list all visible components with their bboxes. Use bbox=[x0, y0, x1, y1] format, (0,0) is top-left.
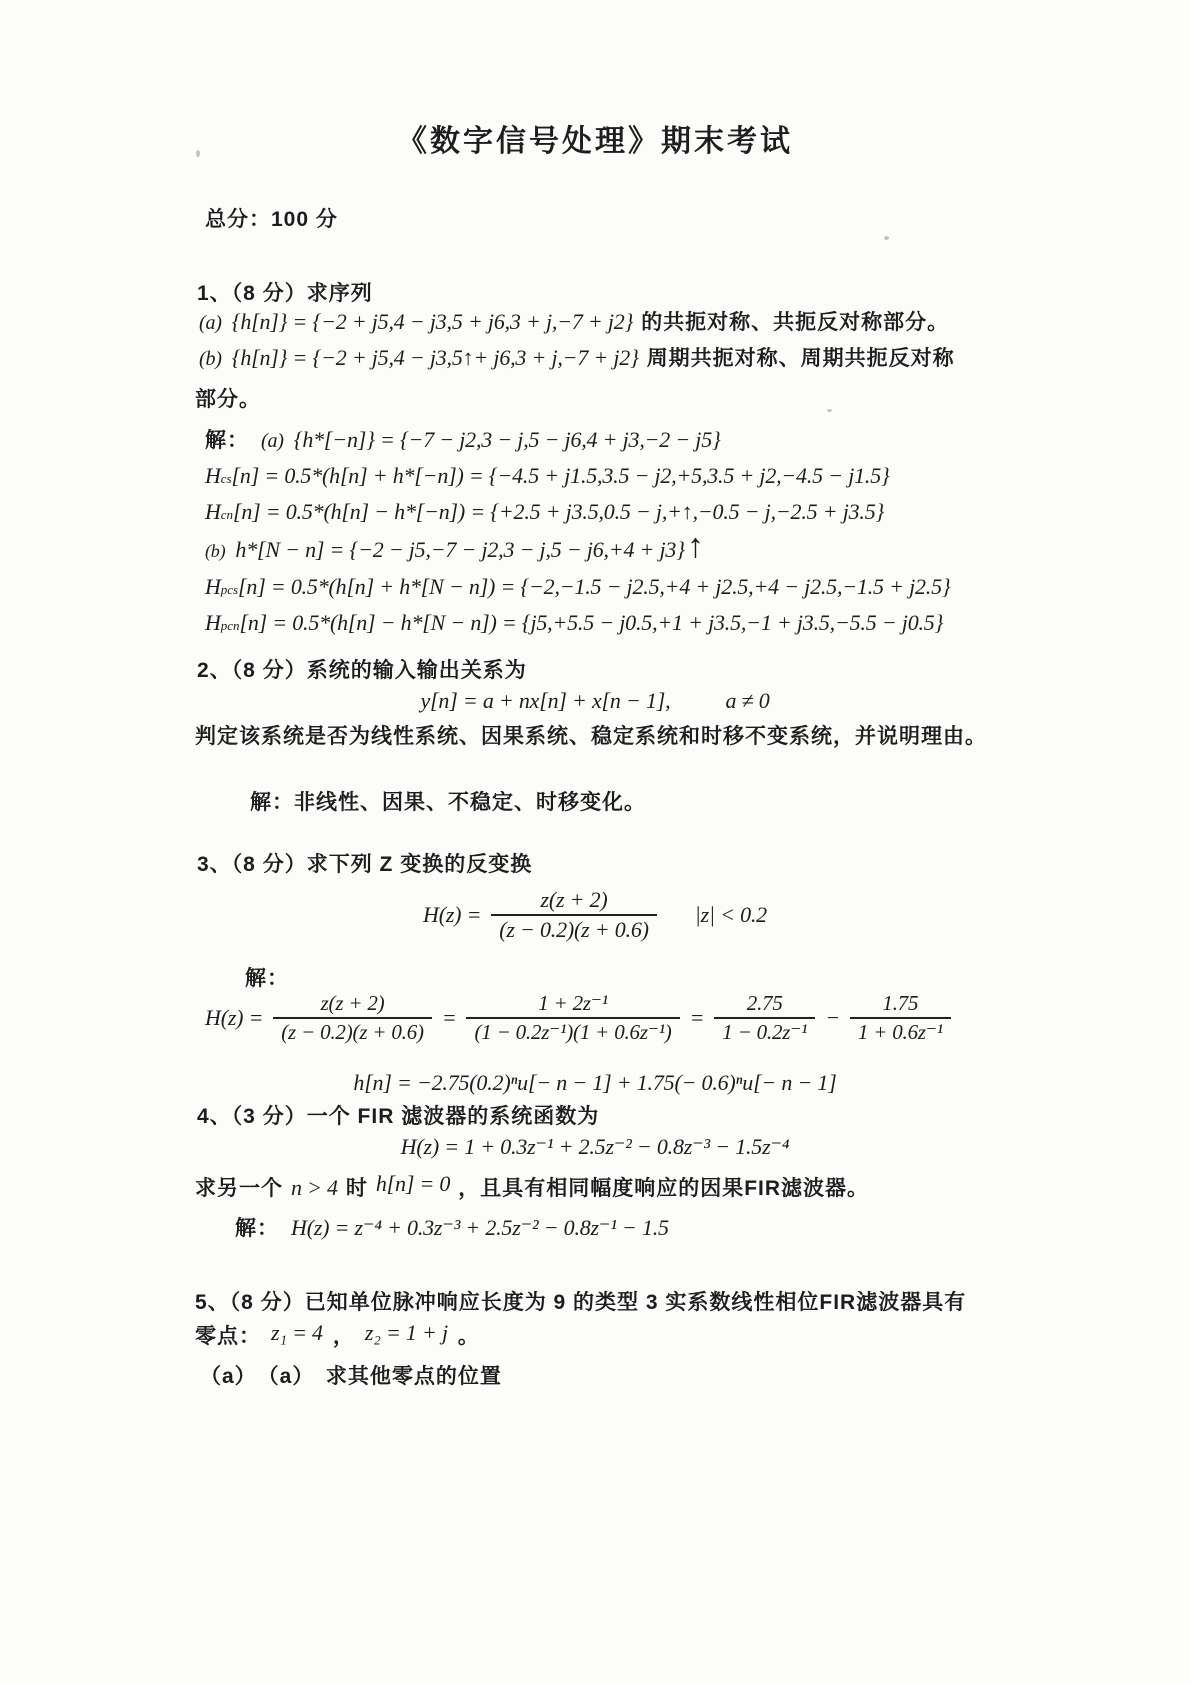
hpcn-subscript: pcn bbox=[221, 618, 240, 634]
q1-b-label: (b) bbox=[199, 348, 222, 371]
q1-sol-hcn-line: Hcn[n] = 0.5*(h[n] − h*[−n]) = {+2.5 + j… bbox=[205, 499, 884, 525]
q1-a-sequence: {h[n]} = {−2 + j5,4 − j3,5 + j6,3 + j,−7… bbox=[232, 309, 633, 335]
q3-heading: 3、（8 分）求下列 Z 变换的反变换 bbox=[197, 848, 532, 878]
q1-sol-hpcs-line: Hpcs[n] = 0.5*(h[n] + h*[N − n]) = {−2,−… bbox=[205, 574, 950, 600]
scan-artifact bbox=[827, 409, 832, 412]
q4-math-part1: n > 4 bbox=[291, 1175, 338, 1201]
q1-b-sequence: {h[n]} = {−2 + j5,4 − j3,5↑+ j6,3 + j,−7… bbox=[232, 345, 639, 371]
q5-zero1: z₁ = 4 bbox=[271, 1320, 323, 1346]
equals-sign: = bbox=[690, 1005, 705, 1031]
q5-period: 。 bbox=[458, 1320, 480, 1350]
q2-solution: 解：非线性、因果、不稳定、时移变化。 bbox=[250, 786, 646, 816]
hpcn-formula: [n] = 0.5*(h[n] − h*[N − n]) = {j5,+5.5 … bbox=[239, 610, 943, 636]
q2-io-relation: y[n] = a + nx[n] + x[n − 1], bbox=[420, 688, 670, 714]
q1-continuation: 部分。 bbox=[195, 383, 261, 413]
equals-sign: = bbox=[442, 1005, 457, 1031]
hcs-symbol: H bbox=[205, 463, 221, 489]
q1-sol-hpcn-line: Hpcn[n] = 0.5*(h[n] − h*[N − n]) = {j5,+… bbox=[205, 610, 943, 636]
q4-solution-label: 解： bbox=[235, 1212, 279, 1242]
fraction-numerator: z(z + 2) bbox=[533, 888, 616, 914]
q5-zeros-label: 零点： bbox=[195, 1320, 261, 1350]
q2-heading: 2、（8 分）系统的输入输出关系为 bbox=[197, 654, 527, 684]
q5-item-a: （a） （a） 求其他零点的位置 bbox=[200, 1360, 502, 1390]
q1-sol-a-formula: {h*[−n]} = {−7 − j2,3 − j,5 − j6,4 + j3,… bbox=[294, 427, 721, 453]
q2-condition: a ≠ 0 bbox=[725, 688, 769, 714]
hpcs-subscript: pcs bbox=[221, 582, 238, 598]
hpcs-formula: [n] = 0.5*(h[n] + h*[N − n]) = {−2,−1.5 … bbox=[238, 574, 950, 600]
q3-given-equation: H(z) = z(z + 2) (z − 0.2)(z + 0.6) |z| <… bbox=[0, 888, 1190, 942]
q3-solution-label: 解： bbox=[245, 962, 289, 992]
q3-chain-frac4: 1.75 1 + 0.6z⁻¹ bbox=[850, 992, 951, 1044]
q4-solution-equation: H(z) = z⁻⁴ + 0.3z⁻³ + 2.5z⁻² − 0.8z⁻¹ − … bbox=[291, 1215, 669, 1241]
q3-lhs: H(z) = bbox=[423, 902, 481, 928]
q5-zero2: z₂ = 1 + j bbox=[365, 1320, 448, 1346]
minus-sign: − bbox=[825, 1005, 840, 1031]
q1-a-label: (a) bbox=[199, 312, 222, 335]
fraction-denominator: (z − 0.2)(z + 0.6) bbox=[491, 914, 657, 942]
q5-zeros-line: 零点： z₁ = 4 ， z₂ = 1 + j 。 bbox=[195, 1320, 480, 1350]
fraction-denominator: 1 − 0.2z⁻¹ bbox=[714, 1017, 815, 1044]
scan-artifact bbox=[884, 236, 889, 240]
fraction-denominator: (z − 0.2)(z + 0.6) bbox=[273, 1017, 432, 1044]
exam-page: 《数字信号处理》期末考试 总分：100 分 1、（8 分）求序列 (a) {h[… bbox=[0, 0, 1190, 1683]
q5-heading: 5、（8 分）已知单位脉冲响应长度为 9 的类型 3 实系数线性相位FIR滤波器… bbox=[195, 1286, 966, 1316]
q4-text-part1: 求另一个 bbox=[195, 1172, 283, 1202]
hcs-formula: [n] = 0.5*(h[n] + h*[−n]) = {−4.5 + j1.5… bbox=[232, 463, 890, 489]
q1-item-a: (a) {h[n]} = {−2 + j5,4 − j3,5 + j6,3 + … bbox=[199, 306, 949, 336]
q2-question-text: 判定该系统是否为线性系统、因果系统、稳定系统和时移不变系统，并说明理由。 bbox=[195, 720, 987, 750]
q1-sol-b-formula: h*[N − n] = {−2 − j5,−7 − j2,3 − j,5 − j… bbox=[235, 537, 684, 563]
q4-question-text: 求另一个 n > 4 时 h[n] = 0 ，且具有相同幅度响应的因果FIR滤波… bbox=[195, 1172, 869, 1202]
q4-text-part3: ，且具有相同幅度响应的因果FIR滤波器。 bbox=[458, 1172, 869, 1202]
q1-b-tail: 周期共扼对称、周期共扼反对称 bbox=[647, 342, 955, 372]
q3-roc-condition: |z| < 0.2 bbox=[695, 902, 767, 928]
q3-chain-frac3: 2.75 1 − 0.2z⁻¹ bbox=[714, 992, 815, 1044]
q3-chain-frac1: z(z + 2) (z − 0.2)(z + 0.6) bbox=[273, 992, 432, 1044]
q1-sol-a-label: (a) bbox=[261, 430, 284, 453]
q1-sol-hcs-line: Hcs[n] = 0.5*(h[n] + h*[−n]) = {−4.5 + j… bbox=[205, 463, 890, 489]
q4-solution-line: 解： H(z) = z⁻⁴ + 0.3z⁻³ + 2.5z⁻² − 0.8z⁻¹… bbox=[235, 1212, 669, 1242]
fraction-numerator: z(z + 2) bbox=[313, 992, 393, 1017]
q1-sol-b-label: (b) bbox=[205, 541, 225, 562]
fraction-denominator: (1 − 0.2z⁻¹)(1 + 0.6z⁻¹) bbox=[466, 1017, 679, 1044]
solution-label: 解： bbox=[205, 424, 249, 454]
q3-inverse-transform-result: h[n] = −2.75(0.2)ⁿu[− n − 1] + 1.75(− 0.… bbox=[0, 1070, 1190, 1096]
fraction-numerator: 1 + 2z⁻¹ bbox=[530, 992, 616, 1017]
q3-given-fraction: z(z + 2) (z − 0.2)(z + 0.6) bbox=[491, 888, 657, 942]
q4-math-part2: h[n] = 0 bbox=[376, 1171, 450, 1197]
hcn-subscript: cn bbox=[221, 507, 233, 523]
hcs-subscript: cs bbox=[221, 471, 232, 487]
q1-sol-b-line: (b) h*[N − n] = {−2 − j5,−7 − j2,3 − j,5… bbox=[205, 537, 704, 563]
total-score: 总分：100 分 bbox=[205, 203, 338, 233]
q1-heading: 1、（8 分）求序列 bbox=[197, 277, 373, 307]
hcn-formula: [n] = 0.5*(h[n] − h*[−n]) = {+2.5 + j3.5… bbox=[233, 499, 884, 525]
q1-a-tail: 的共扼对称、共扼反对称部分。 bbox=[641, 306, 949, 336]
fraction-numerator: 2.75 bbox=[739, 992, 791, 1017]
q5-separator: ， bbox=[333, 1320, 355, 1350]
q4-text-part2: 时 bbox=[346, 1172, 368, 1202]
q4-heading: 4、（3 分）一个 FIR 滤波器的系统函数为 bbox=[197, 1100, 599, 1130]
hcn-symbol: H bbox=[205, 499, 221, 525]
hpcn-symbol: H bbox=[205, 610, 221, 636]
q3-solution-chain: H(z) = z(z + 2) (z − 0.2)(z + 0.6) = 1 +… bbox=[205, 992, 951, 1044]
q1-item-b: (b) {h[n]} = {−2 + j5,4 − j3,5↑+ j6,3 + … bbox=[199, 342, 955, 372]
fraction-numerator: 1.75 bbox=[874, 992, 926, 1017]
q4-system-function: H(z) = 1 + 0.3z⁻¹ + 2.5z⁻² − 0.8z⁻³ − 1.… bbox=[0, 1134, 1190, 1160]
q1-solution-a-line: 解： (a) {h*[−n]} = {−7 − j2,3 − j,5 − j6,… bbox=[205, 424, 721, 454]
fraction-denominator: 1 + 0.6z⁻¹ bbox=[850, 1017, 951, 1044]
q2-equation: y[n] = a + nx[n] + x[n − 1], a ≠ 0 bbox=[0, 688, 1190, 714]
q3-chain-frac2: 1 + 2z⁻¹ (1 − 0.2z⁻¹)(1 + 0.6z⁻¹) bbox=[466, 992, 679, 1044]
page-title: 《数字信号处理》期末考试 bbox=[0, 116, 1190, 160]
hpcs-symbol: H bbox=[205, 574, 221, 600]
q3-chain-lhs: H(z) = bbox=[205, 1005, 263, 1031]
